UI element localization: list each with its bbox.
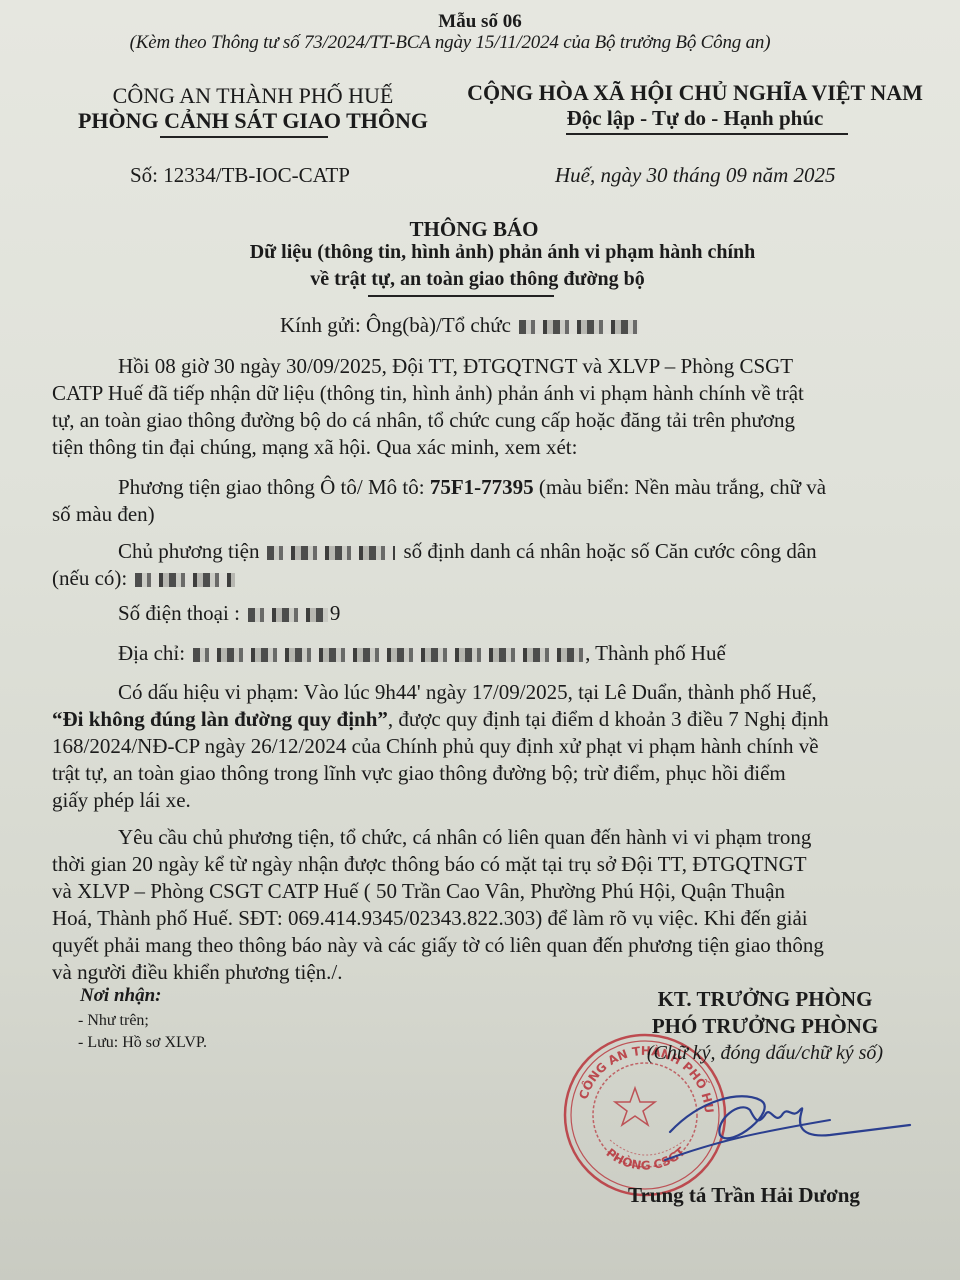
recipient-item: - Lưu: Hồ sơ XLVP. xyxy=(78,1034,207,1052)
signature-note: (Chữ ký, đóng dấu/chữ ký số) xyxy=(580,1042,950,1065)
vehicle-info: Phương tiện giao thông Ô tô/ Mô tô: 75F1… xyxy=(118,474,826,501)
license-plate: 75F1-77395 xyxy=(430,475,534,499)
violation-name: “Đi không đúng làn đường quy định” xyxy=(52,707,388,731)
request-line: thời gian 20 ngày kể từ ngày nhận được t… xyxy=(52,851,807,878)
violation-detail: “Đi không đúng làn đường quy định”, được… xyxy=(52,706,829,733)
document-subtitle-1: Dữ liệu (thông tin, hình ảnh) phản ánh v… xyxy=(0,241,960,264)
recipients-label: Nơi nhận: xyxy=(80,985,161,1007)
document-page: Mẫu số 06 (Kèm theo Thông tư số 73/2024/… xyxy=(0,0,960,1280)
redacted-owner-id xyxy=(135,573,235,587)
agency-parent: CÔNG AN THÀNH PHỐ HUẾ xyxy=(58,83,448,109)
issuing-agency: CÔNG AN THÀNH PHỐ HUẾ PHÒNG CẢNH SÁT GIA… xyxy=(58,0,448,140)
document-number: Số: 12334/TB-IOC-CATP xyxy=(130,163,350,188)
intro-line: tự, an toàn giao thông đường bộ do cá nh… xyxy=(52,407,795,434)
greeting: Kính gửi: Ông(bà)/Tổ chức xyxy=(280,313,639,338)
greeting-label: Kính gửi: Ông(bà)/Tổ chức xyxy=(280,313,511,337)
agency-underline xyxy=(160,136,328,138)
document-subtitle-2: về trật tự, an toàn giao thông đường bộ xyxy=(0,268,955,291)
redacted-owner-name xyxy=(267,546,395,560)
signature-title-2: PHÓ TRƯỞNG PHÒNG xyxy=(580,1014,950,1039)
request-line: quyết phải mang theo thông báo này và cá… xyxy=(52,932,824,959)
handwritten-signature xyxy=(660,1080,920,1170)
place-date: Huế, ngày 30 tháng 09 năm 2025 xyxy=(555,163,836,188)
violation-line: trật tự, an toàn giao thông trong lĩnh v… xyxy=(52,760,786,787)
redacted-phone xyxy=(248,608,328,622)
subtitle-underline xyxy=(368,295,554,297)
vehicle-info-cont: số màu đen) xyxy=(52,501,155,528)
redacted-recipient xyxy=(519,320,639,334)
signature-title-1: KT. TRƯỞNG PHÒNG xyxy=(580,987,950,1012)
owner-id: (nếu có): xyxy=(52,565,235,592)
owner-info: Chủ phương tiệnsố định danh cá nhân hoặc… xyxy=(118,538,817,565)
intro-line: CATP Huế đã tiếp nhận dữ liệu (thông tin… xyxy=(52,380,804,407)
recipient-item: - Như trên; xyxy=(78,1012,149,1030)
violation-line: giấy phép lái xe. xyxy=(52,787,191,814)
agency-name: PHÒNG CẢNH SÁT GIAO THÔNG xyxy=(58,108,448,134)
request-line: Yêu cầu chủ phương tiện, tổ chức, cá nhâ… xyxy=(118,824,811,851)
intro-line: tiện thông tin đại chúng, mạng xã hội. Q… xyxy=(52,434,577,461)
violation-line: 168/2024/NĐ-CP ngày 26/12/2024 của Chính… xyxy=(52,733,819,760)
request-line: và người điều khiển phương tiện./. xyxy=(52,959,343,986)
national-title: CỘNG HÒA XÃ HỘI CHỦ NGHĨA VIỆT NAM xyxy=(450,80,940,106)
stamp-star-icon xyxy=(615,1088,655,1125)
request-line: và XLVP – Phòng CSGT CATP Huế ( 50 Trần … xyxy=(52,878,785,905)
phone-info: Số điện thoại :9 xyxy=(118,600,340,627)
violation-info: Có dấu hiệu vi phạm: Vào lúc 9h44' ngày … xyxy=(118,679,817,706)
document-title: THÔNG BÁO xyxy=(0,217,948,242)
request-line: Hoá, Thành phố Huế. SĐT: 069.414.9345/02… xyxy=(52,905,808,932)
national-motto: Độc lập - Tự do - Hạnh phúc xyxy=(450,106,940,131)
motto-underline xyxy=(566,133,848,135)
redacted-address xyxy=(193,648,585,662)
signer-name: Trung tá Trần Hải Dương xyxy=(628,1183,860,1208)
intro-line: Hồi 08 giờ 30 ngày 30/09/2025, Đội TT, Đ… xyxy=(118,353,793,380)
address-info: Địa chỉ:, Thành phố Huế xyxy=(118,640,726,667)
